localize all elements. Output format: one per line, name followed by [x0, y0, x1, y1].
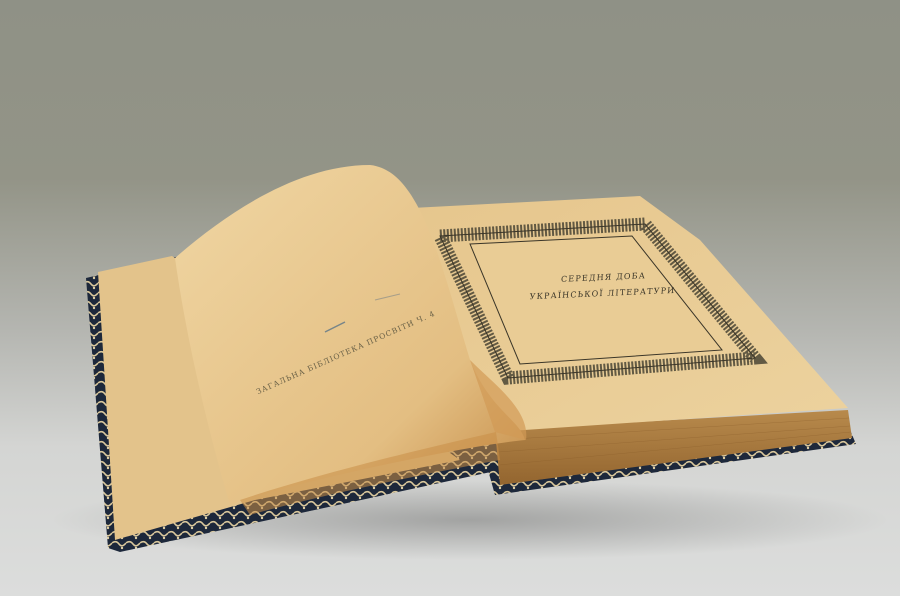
open-book [0, 0, 900, 596]
photo-scene: СЕРЕДНЯ ДОБА УКРАЇНСЬКОЇ ЛІТЕРАТУРИ ЗАГА… [0, 0, 900, 596]
